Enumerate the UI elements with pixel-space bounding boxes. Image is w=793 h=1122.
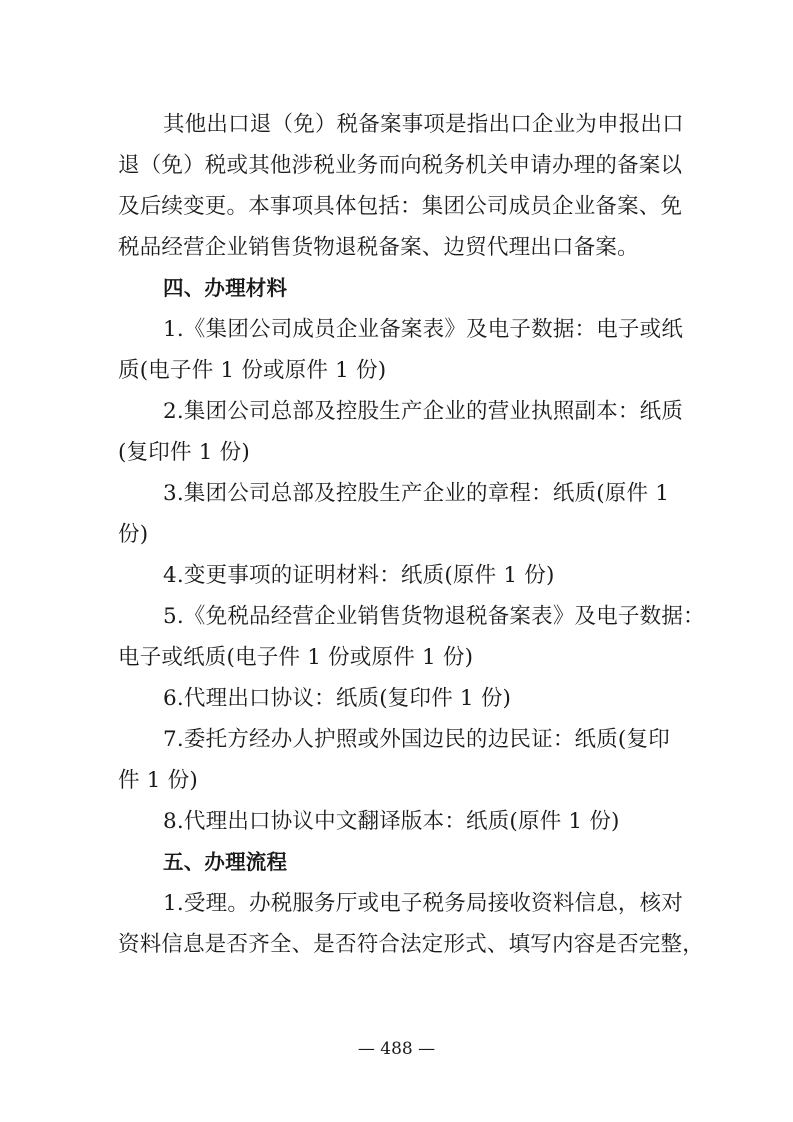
- process-item-1-line: 1.受理。办税服务厅或电子税务局接收资料信息，核对: [163, 883, 683, 924]
- material-item-2-line: (复印件 1 份): [118, 432, 250, 473]
- intro-paragraph-line: 税品经营企业销售货物退税备案、边贸代理出口备案。: [118, 227, 639, 268]
- intro-paragraph-line: 其他出口退（免）税备案事项是指出口企业为申报出口: [163, 104, 684, 145]
- material-item-5-line: 5.《免税品经营企业销售货物退税备案表》及电子数据：: [163, 596, 705, 637]
- material-item-3-line: 3.集团公司总部及控股生产企业的章程：纸质(原件 1: [163, 473, 669, 514]
- section-heading-process: 五、办理流程: [163, 842, 287, 883]
- material-item-7-line: 件 1 份): [118, 760, 198, 801]
- material-item-4-line: 4.变更事项的证明材料：纸质(原件 1 份): [163, 555, 555, 596]
- material-item-2-line: 2.集团公司总部及控股生产企业的营业执照副本：纸质: [163, 391, 683, 432]
- process-item-1-line: 资料信息是否齐全、是否符合法定形式、填写内容是否完整，: [118, 924, 704, 965]
- section-heading-materials: 四、办理材料: [163, 268, 287, 309]
- material-item-8-line: 8.代理出口协议中文翻译版本：纸质(原件 1 份): [163, 801, 620, 842]
- material-item-7-line: 7.委托方经办人护照或外国边民的边民证：纸质(复印: [163, 719, 670, 760]
- intro-paragraph-line: 及后续变更。本事项具体包括：集团公司成员企业备案、免: [118, 186, 682, 227]
- intro-paragraph-line: 退（免）税或其他涉税业务而向税务机关申请办理的备案以: [118, 145, 682, 186]
- material-item-1-line: 1.《集团公司成员企业备案表》及电子数据：电子或纸: [163, 309, 683, 350]
- material-item-1-line: 质(电子件 1 份或原件 1 份): [118, 350, 386, 391]
- page-number: — 488 —: [0, 1039, 793, 1059]
- material-item-5-line: 电子或纸质(电子件 1 份或原件 1 份): [118, 637, 473, 678]
- material-item-6-line: 6.代理出口协议：纸质(复印件 1 份): [163, 678, 511, 719]
- material-item-3-line: 份): [118, 514, 148, 555]
